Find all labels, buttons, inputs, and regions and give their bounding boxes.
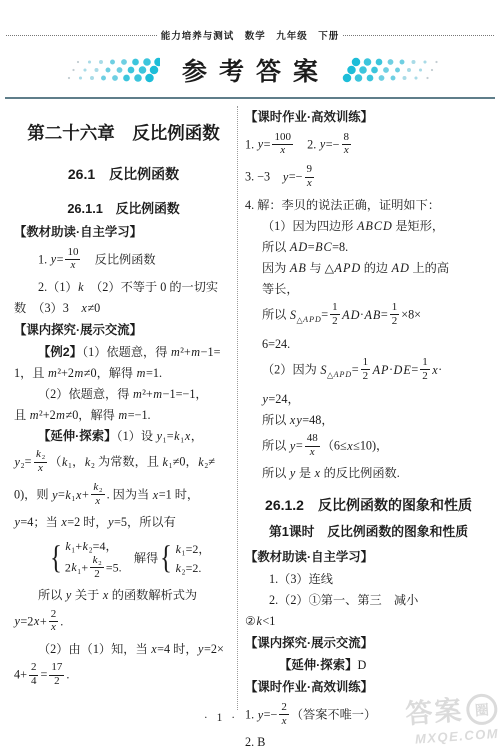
- text-line: {k₁+k₂=4，2k₁+k₂2=5. 解得{k₁=2，k₂=2.: [14, 533, 233, 585]
- math-run: k₂=2: [175, 561, 198, 575]
- math-run: y=: [289, 439, 302, 453]
- text-line: 1.（3）连线: [245, 569, 492, 590]
- text-line: 1，且 m²+2m≠0，解得 m=1.: [14, 363, 233, 384]
- dotted-leader-right: [343, 35, 494, 36]
- math-run: y=2x+: [14, 614, 47, 628]
- text-line: 26.1 反比例函数: [14, 163, 233, 185]
- math-run: x=1: [152, 488, 171, 502]
- text-line: 所以 AD=BC=8.: [245, 237, 492, 258]
- fraction: k₂x: [91, 482, 105, 508]
- bold-label: 【延伸·探索】: [38, 429, 116, 443]
- math-run: k: [78, 280, 84, 294]
- math-run: k: [256, 614, 262, 628]
- equation-system: {k₁=2，k₂=2.: [158, 540, 210, 578]
- bold-label: 【教材助读·自主学习】: [245, 550, 373, 564]
- subscripted-symbol: S△APD: [320, 363, 352, 377]
- math-run: m=−1: [118, 408, 148, 422]
- fraction: 24: [29, 662, 39, 688]
- math-run: AD: [391, 261, 409, 275]
- math-run: m=1: [136, 366, 159, 380]
- math-run: y=5: [108, 515, 127, 529]
- text-line: y=4；当 x=2 时，y=5，所以有: [14, 512, 233, 533]
- math-run: m²+2m≠0: [48, 366, 97, 380]
- fraction: 100x: [272, 132, 293, 158]
- text-line: y₂=k₂x（k₁，k₂ 为常数，且 k₁≠0，k₂≠: [14, 447, 233, 480]
- text-line: 所以 y 关于 x 的函数解析式为: [14, 585, 233, 606]
- math-run: k₁≠0: [162, 455, 185, 469]
- text-line: 等长，: [245, 279, 492, 300]
- text-line: 所以 S△APD=12AD·AB=12×8×: [245, 300, 492, 334]
- text-line: 【教材助读·自主学习】: [14, 222, 233, 243]
- text-line: y=2x+2x.: [14, 606, 233, 639]
- watermark-circle-badge: 圈: [465, 693, 498, 726]
- math-run: m²+m−1=−1: [132, 387, 195, 401]
- dots-decoration-right: [340, 56, 438, 84]
- math-run: k₁+k₂=4: [65, 539, 106, 553]
- system-brace: {: [50, 544, 62, 574]
- text-line: 3. −3 y=−9x: [245, 162, 492, 195]
- fraction: 12: [420, 357, 430, 383]
- fraction: 172: [49, 662, 64, 688]
- left-column: 第二十六章 反比例函数26.1 反比例函数26.1.1 反比例函数【教材助读·自…: [14, 106, 233, 710]
- text-line: 【例2】（1）依题意，得 m²+m−1=: [14, 342, 233, 363]
- fraction: 8x: [342, 132, 352, 158]
- watermark-brand: 答案 圈: [404, 693, 498, 730]
- math-run: y₁=k₁x: [156, 429, 191, 443]
- text-line: 且 m²+2m≠0，解得 m=−1.: [14, 405, 233, 426]
- text-line: 【延伸·探索】（1）设 y₁=k₁x，: [14, 426, 233, 447]
- bold-label: 【课时作业·高效训练】: [245, 680, 373, 694]
- math-run: y=4: [14, 515, 33, 529]
- math-run: APD: [334, 261, 361, 275]
- page-title: 参考答案: [182, 52, 330, 88]
- bold-label: 【课时作业·高效训练】: [245, 110, 373, 124]
- math-run: y=−: [282, 170, 302, 184]
- math-run: y₂=: [14, 455, 32, 469]
- math-run: x: [347, 439, 353, 453]
- math-run: =: [352, 363, 359, 377]
- text-line: 【课内探究·展示交流】: [14, 320, 233, 341]
- title-divider: [5, 97, 495, 99]
- text-line: 26.1.1 反比例函数: [14, 199, 233, 220]
- text-line: 所以 y 是 x 的反比例函数.: [245, 463, 492, 484]
- bold-label: 【例2】: [38, 345, 82, 359]
- math-run: x: [314, 466, 320, 480]
- fraction: 2x: [49, 609, 59, 635]
- booklet-header: 能力培养与测试 数学 九年级 下册: [6, 28, 494, 42]
- math-run: xy=48: [289, 413, 321, 427]
- math-run: k₂≠: [198, 455, 215, 469]
- text-line: 数 （3）3 x≠0: [14, 298, 233, 319]
- math-run: k₁: [61, 455, 72, 469]
- math-run: x=2: [61, 515, 80, 529]
- fraction: 10x: [65, 247, 80, 273]
- math-run: k₂: [84, 455, 95, 469]
- fraction: k₂x: [34, 449, 48, 475]
- watermark-text: 答案: [405, 697, 465, 728]
- fraction: 12: [390, 302, 400, 328]
- math-run: m²+2m≠0: [29, 408, 78, 422]
- content-columns: 第二十六章 反比例函数26.1 反比例函数26.1.1 反比例函数【教材助读·自…: [14, 106, 492, 710]
- text-line: 6=24.: [245, 334, 492, 355]
- math-run: 4+: [14, 668, 27, 682]
- booklet-title: 能力培养与测试 数学 九年级 下册: [157, 28, 344, 42]
- fraction: 12: [361, 357, 371, 383]
- text-line: 第1课时 反比例函数的图象和性质: [245, 522, 492, 543]
- fraction: 9x: [305, 164, 315, 190]
- math-run: y: [65, 588, 71, 602]
- math-run: AB=: [364, 308, 388, 322]
- math-run: AD=BC=8: [289, 240, 345, 254]
- dots-decoration-left: [62, 56, 160, 84]
- text-line: 所以 xy=48，: [245, 410, 492, 431]
- math-run: y=: [257, 137, 270, 151]
- text-line: 第二十六章 反比例函数: [14, 120, 233, 146]
- column-divider: [237, 106, 238, 710]
- text-line: 因为 AB 与 △APD 的边 AD 上的高: [245, 258, 492, 279]
- text-line: 所以 y=48x（6≤x≤10)，: [245, 431, 492, 464]
- text-line: 【延伸·探索】D: [245, 655, 492, 676]
- math-run: AB: [289, 261, 306, 275]
- text-line: （2）依题意，得 m²+m−1=−1，: [14, 384, 233, 405]
- text-line: 【教材助读·自主学习】: [245, 547, 492, 568]
- text-line: 2.（1）k （2）不等于 0 的一切实: [14, 277, 233, 298]
- text-line: （1）因为四边形 ABCD 是矩形，: [245, 216, 492, 237]
- system-brace: {: [160, 544, 172, 574]
- fraction: k₂2: [90, 555, 104, 581]
- math-run: AP: [372, 363, 389, 377]
- math-run: =: [321, 308, 328, 322]
- equation-system: {k₁+k₂=4，2k₁+k₂2=5.: [48, 537, 122, 582]
- text-line: 26.1.2 反比例函数的图象和性质: [245, 494, 492, 516]
- bold-label: 【课内探究·展示交流】: [245, 636, 373, 650]
- watermark: 答案 圈 MXQE.COM: [404, 693, 499, 746]
- title-banner: 参考答案: [0, 48, 500, 92]
- bold-label: 【课内探究·展示交流】: [14, 323, 142, 337]
- text-line: 【课时作业·高效训练】: [245, 107, 492, 128]
- text-line: 4+24=172.: [14, 660, 233, 693]
- text-line: 1. y=100x 2. y=−8x: [245, 129, 492, 162]
- fraction: 12: [330, 302, 340, 328]
- bold-label: 【教材助读·自主学习】: [14, 225, 142, 239]
- fraction: 48x: [305, 433, 320, 459]
- bold-label: 【延伸·探索】: [279, 658, 357, 672]
- answer-page: 能力培养与测试 数学 九年级 下册 参考答案 第二十六章 反比例函数26.1 反…: [0, 0, 500, 746]
- dotted-leader-left: [6, 35, 157, 36]
- text-line: 【课内探究·展示交流】: [245, 633, 492, 654]
- page-number: · 1 ·: [0, 712, 442, 724]
- subscripted-symbol: S△APD: [289, 308, 321, 322]
- text-line: ②k<1: [245, 611, 492, 632]
- math-run: x=4: [151, 642, 170, 656]
- text-line: y=24，: [245, 389, 492, 410]
- math-run: AD: [342, 308, 360, 322]
- text-line: 4. 解：李贝的说法正确，证明如下：: [245, 195, 492, 216]
- math-run: k₁=2: [175, 542, 198, 556]
- math-run: =5: [106, 560, 119, 574]
- text-line: 0)，则 y=k₁x+k₂x. 因为当 x=1 时，: [14, 480, 233, 513]
- text-line: 2.（2）①第一、第三 减小: [245, 590, 492, 611]
- math-run: m²+m−1=: [170, 345, 220, 359]
- text-line: 1. y=10x 反比例函数: [14, 244, 233, 277]
- math-run: x: [432, 363, 438, 377]
- right-column: 【课时作业·高效训练】1. y=100x 2. y=−8x3. −3 y=−9x…: [245, 106, 492, 710]
- math-run: ABCD: [356, 219, 392, 233]
- text-line: （2）由（1）知，当 x=4 时，y=2×: [14, 639, 233, 660]
- math-run: y=−: [319, 137, 339, 151]
- math-run: x: [102, 588, 108, 602]
- math-run: x≠0: [81, 301, 100, 315]
- math-run: y=24: [262, 392, 287, 406]
- math-run: y=: [50, 252, 63, 266]
- text-line: （2）因为 S△APD=12AP·DE=12x·: [245, 355, 492, 389]
- math-run: y: [289, 466, 295, 480]
- math-run: y=k₁x+: [52, 488, 89, 502]
- math-run: 2k₁+: [65, 560, 88, 574]
- math-run: DE=: [393, 363, 418, 377]
- math-run: y=2×: [198, 642, 224, 656]
